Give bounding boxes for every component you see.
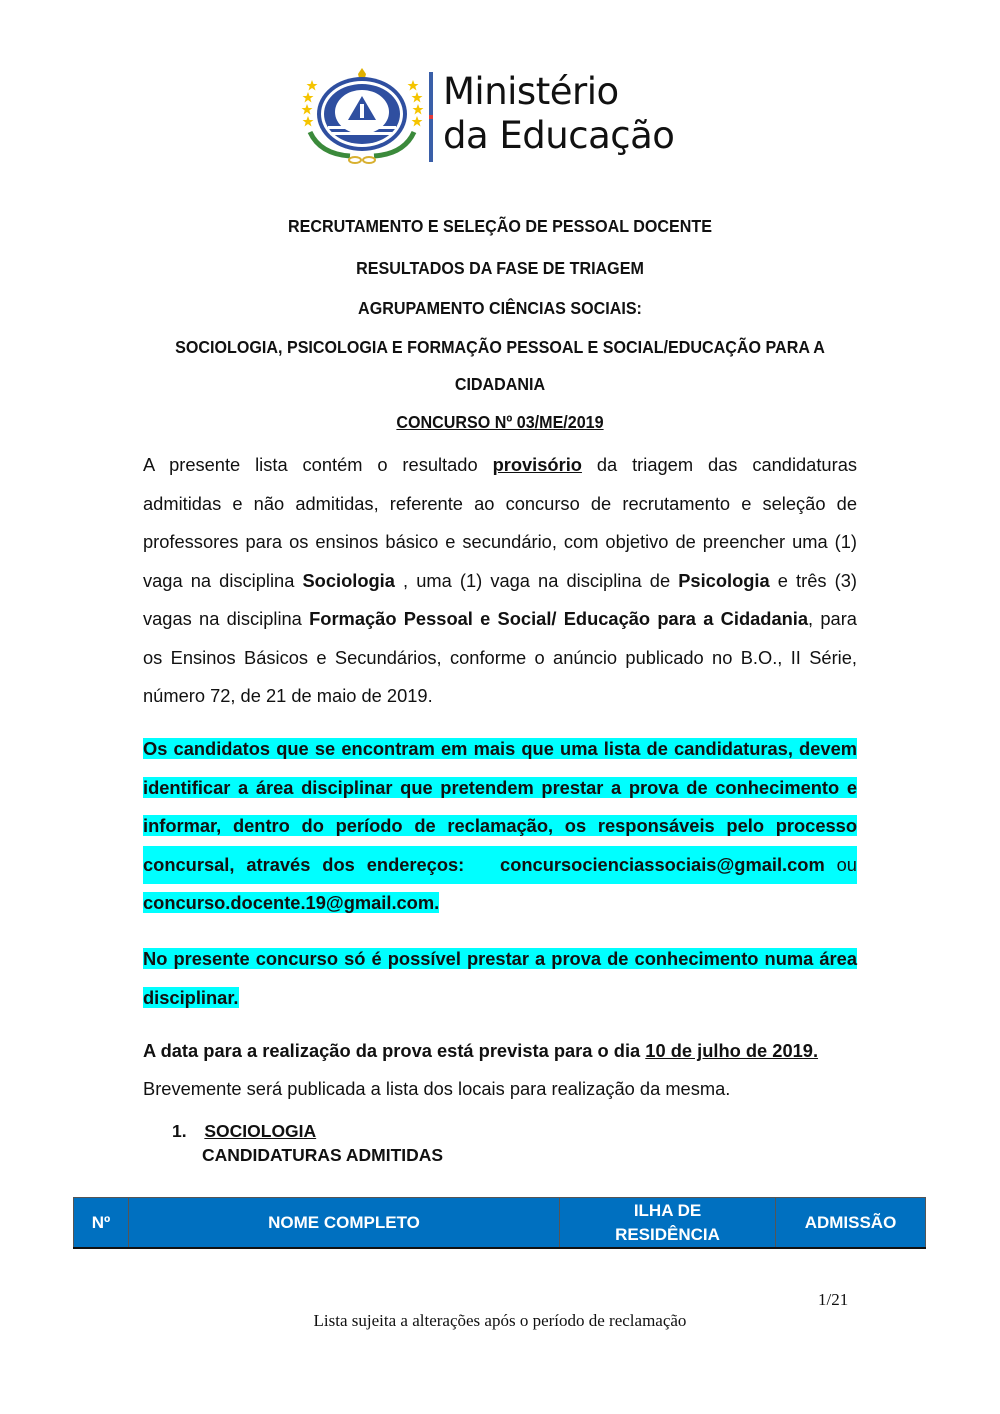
- contest-number: CONCURSO Nº 03/ME/2019: [396, 412, 603, 432]
- notice-line: No presente concurso só é possível prest…: [143, 940, 857, 979]
- discipline-sociologia: Sociologia: [302, 570, 394, 591]
- notice-multiple-lists: Os candidatos que se encontram em mais q…: [143, 730, 857, 923]
- heading-disciplines-line2: CIDADANIA: [40, 374, 960, 395]
- column-header-island: ILHA DE RESIDÊNCIA: [560, 1198, 776, 1249]
- heading-group: AGRUPAMENTO CIÊNCIAS SOCIAIS:: [40, 298, 960, 319]
- column-header-admission: ADMISSÃO: [776, 1198, 926, 1249]
- ministry-name-line2: da Educação: [443, 114, 674, 158]
- column-header-number: Nº: [74, 1198, 129, 1249]
- ministry-logo: Ministério da Educação: [300, 66, 700, 166]
- heading-disciplines-line1: SOCIOLOGIA, PSICOLOGIA E FORMAÇÃO PESSOA…: [40, 337, 960, 358]
- intro-line: vaga na disciplina Sociologia , uma (1) …: [143, 562, 857, 601]
- section-subtitle: CANDIDATURAS ADMITIDAS: [202, 1143, 443, 1167]
- document-page: Ministério da Educação RECRUTAMENTO E SE…: [0, 0, 1000, 1414]
- section-title: SOCIOLOGIA: [204, 1121, 316, 1141]
- notice-line: concurso.docente.19@gmail.com.: [143, 884, 857, 923]
- notice-line: identificar a área disciplinar que prete…: [143, 769, 857, 808]
- exam-date-statement: A data para a realização da prova está p…: [143, 1032, 857, 1071]
- notice-line: disciplinar.: [143, 979, 857, 1018]
- page-number: 1/21: [818, 1290, 848, 1310]
- intro-paragraph: A presente lista contém o resultado prov…: [143, 446, 857, 716]
- cabo-verde-emblem-icon: [300, 66, 425, 166]
- heading-recruitment: RECRUTAMENTO E SELEÇÃO DE PESSOAL DOCENT…: [40, 216, 960, 237]
- page-footer: Lista sujeita a alterações após o períod…: [0, 1311, 1000, 1331]
- intro-line: professores para os ensinos básico e sec…: [143, 523, 857, 562]
- section-number: 1.: [172, 1121, 187, 1141]
- table-header-row: Nº NOME COMPLETO ILHA DE RESIDÊNCIA ADMI…: [74, 1198, 926, 1249]
- heading-results: RESULTADOS DA FASE DE TRIAGEM: [40, 258, 960, 279]
- locations-note: Brevemente será publicada a lista dos lo…: [143, 1070, 857, 1109]
- email-link-docente[interactable]: concurso.docente.19@gmail.com.: [143, 892, 439, 913]
- intro-line: vagas na disciplina Formação Pessoal e S…: [143, 600, 857, 639]
- notice-line: informar, dentro do período de reclamaçã…: [143, 807, 857, 846]
- intro-line: A presente lista contém o resultado prov…: [143, 446, 857, 485]
- intro-line: admitidas e não admitidas, referente ao …: [143, 485, 857, 524]
- notice-single-area: No presente concurso só é possível prest…: [143, 940, 857, 1017]
- column-header-full-name: NOME COMPLETO: [129, 1198, 560, 1249]
- notice-line: Os candidatos que se encontram em mais q…: [143, 730, 857, 769]
- ministry-name-line1: Ministério: [443, 70, 674, 114]
- discipline-fps-ec: Formação Pessoal e Social/ Educação para…: [309, 608, 808, 629]
- heading-contest-number: CONCURSO Nº 03/ME/2019: [40, 412, 960, 433]
- provisional-emphasis: provisório: [493, 454, 582, 475]
- email-link-ciencias-sociais[interactable]: concursocienciassociais@gmail.com: [500, 854, 825, 875]
- discipline-psicologia: Psicologia: [678, 570, 769, 591]
- section-heading: 1. SOCIOLOGIA: [172, 1119, 316, 1143]
- intro-line: número 72, de 21 de maio de 2019.: [143, 677, 857, 716]
- exam-date: 10 de julho de 2019.: [645, 1040, 818, 1061]
- intro-line: os Ensinos Básicos e Secundários, confor…: [143, 639, 857, 678]
- logo-divider-accent: [429, 115, 433, 119]
- admitted-candidates-table: Nº NOME COMPLETO ILHA DE RESIDÊNCIA ADMI…: [73, 1197, 926, 1249]
- notice-line: concursal, através dos endereços: concur…: [143, 846, 857, 885]
- ministry-name: Ministério da Educação: [443, 70, 674, 158]
